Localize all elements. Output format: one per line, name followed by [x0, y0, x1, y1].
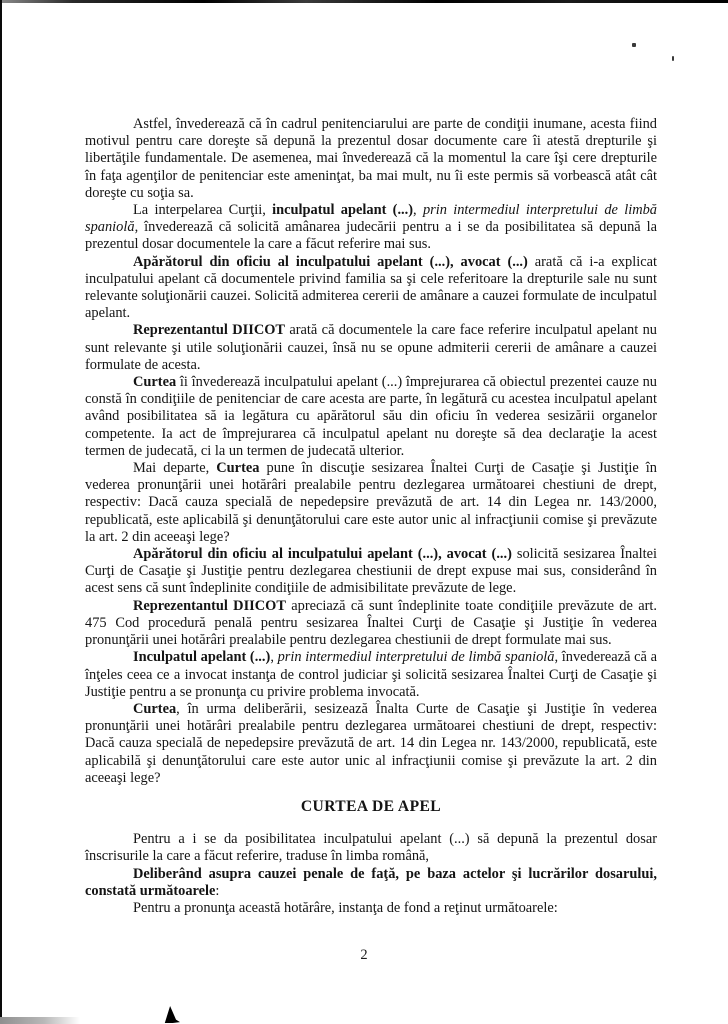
paragraph: Curtea, în urma deliberării, sesizează Î…: [85, 701, 657, 787]
document-body: Astfel, învederează că în cadrul peniten…: [85, 116, 657, 917]
text-run: Pentru a i se da posibilitatea inculpatu…: [85, 831, 657, 864]
text-run: ,: [413, 202, 423, 218]
text-run: , învederează că solicită amânarea judec…: [85, 219, 657, 252]
page-number: 2: [0, 947, 728, 964]
text-run: Apărătorul din oficiu al inculpatului ap…: [133, 546, 512, 562]
text-run: Reprezentantul DIICOT: [133, 322, 285, 338]
pointer-artifact: [164, 1006, 180, 1023]
paragraph: La interpelarea Curţii, inculpatul apela…: [85, 202, 657, 254]
text-run: Curtea: [133, 701, 176, 717]
paragraph: Pentru a pronunţa această hotărâre, inst…: [85, 900, 657, 917]
paragraph: Curtea îi învederează inculpatului apela…: [85, 374, 657, 460]
paragraph: Astfel, învederează că în cadrul peniten…: [85, 116, 657, 202]
text-run: Astfel, învederează că în cadrul peniten…: [85, 116, 657, 201]
paragraph: Pentru a i se da posibilitatea inculpatu…: [85, 831, 657, 865]
scan-speck: [672, 56, 674, 61]
text-run: Reprezentantul DIICOT: [133, 598, 286, 614]
text-run: Curtea: [133, 374, 176, 390]
text-run: La interpelarea Curţii,: [133, 202, 272, 218]
scan-strip-bottom-artifact: [0, 1017, 80, 1024]
text-run: ,: [270, 649, 277, 665]
scan-speck: [632, 43, 636, 47]
text-run: CURTEA DE APEL: [301, 798, 441, 815]
text-run: Pentru a pronunţa această hotărâre, inst…: [133, 900, 558, 916]
paragraph: Mai departe, Curtea pune în discuţie ses…: [85, 460, 657, 546]
section-heading: CURTEA DE APEL: [85, 798, 657, 815]
paragraph: Reprezentantul DIICOT arată că documente…: [85, 322, 657, 374]
paragraph: Inculpatul apelant (...), prin intermedi…: [85, 649, 657, 701]
text-run: Inculpatul apelant (...): [133, 649, 270, 665]
scanned-page: Astfel, învederează că în cadrul peniten…: [0, 0, 728, 1024]
scan-edge-left-artifact: [0, 0, 2, 1017]
paragraph: Deliberând asupra cauzei penale de faţă,…: [85, 866, 657, 900]
text-run: inculpatul apelant (...): [272, 202, 413, 218]
paragraph: Apărătorul din oficiu al inculpatului ap…: [85, 546, 657, 598]
text-run: prin intermediul interpretului de limbă …: [278, 649, 555, 665]
text-run: Deliberând asupra cauzei penale de faţă,…: [85, 866, 657, 899]
text-run: Curtea: [216, 460, 259, 476]
text-run: :: [215, 883, 219, 899]
paragraph: Reprezentantul DIICOT apreciază că sunt …: [85, 598, 657, 650]
scan-edge-top-artifact: [0, 0, 728, 3]
paragraph: Apărătorul din oficiu al inculpatului ap…: [85, 254, 657, 323]
text-run: Mai departe,: [133, 460, 216, 476]
text-run: Apărătorul din oficiu al inculpatului ap…: [133, 254, 528, 270]
